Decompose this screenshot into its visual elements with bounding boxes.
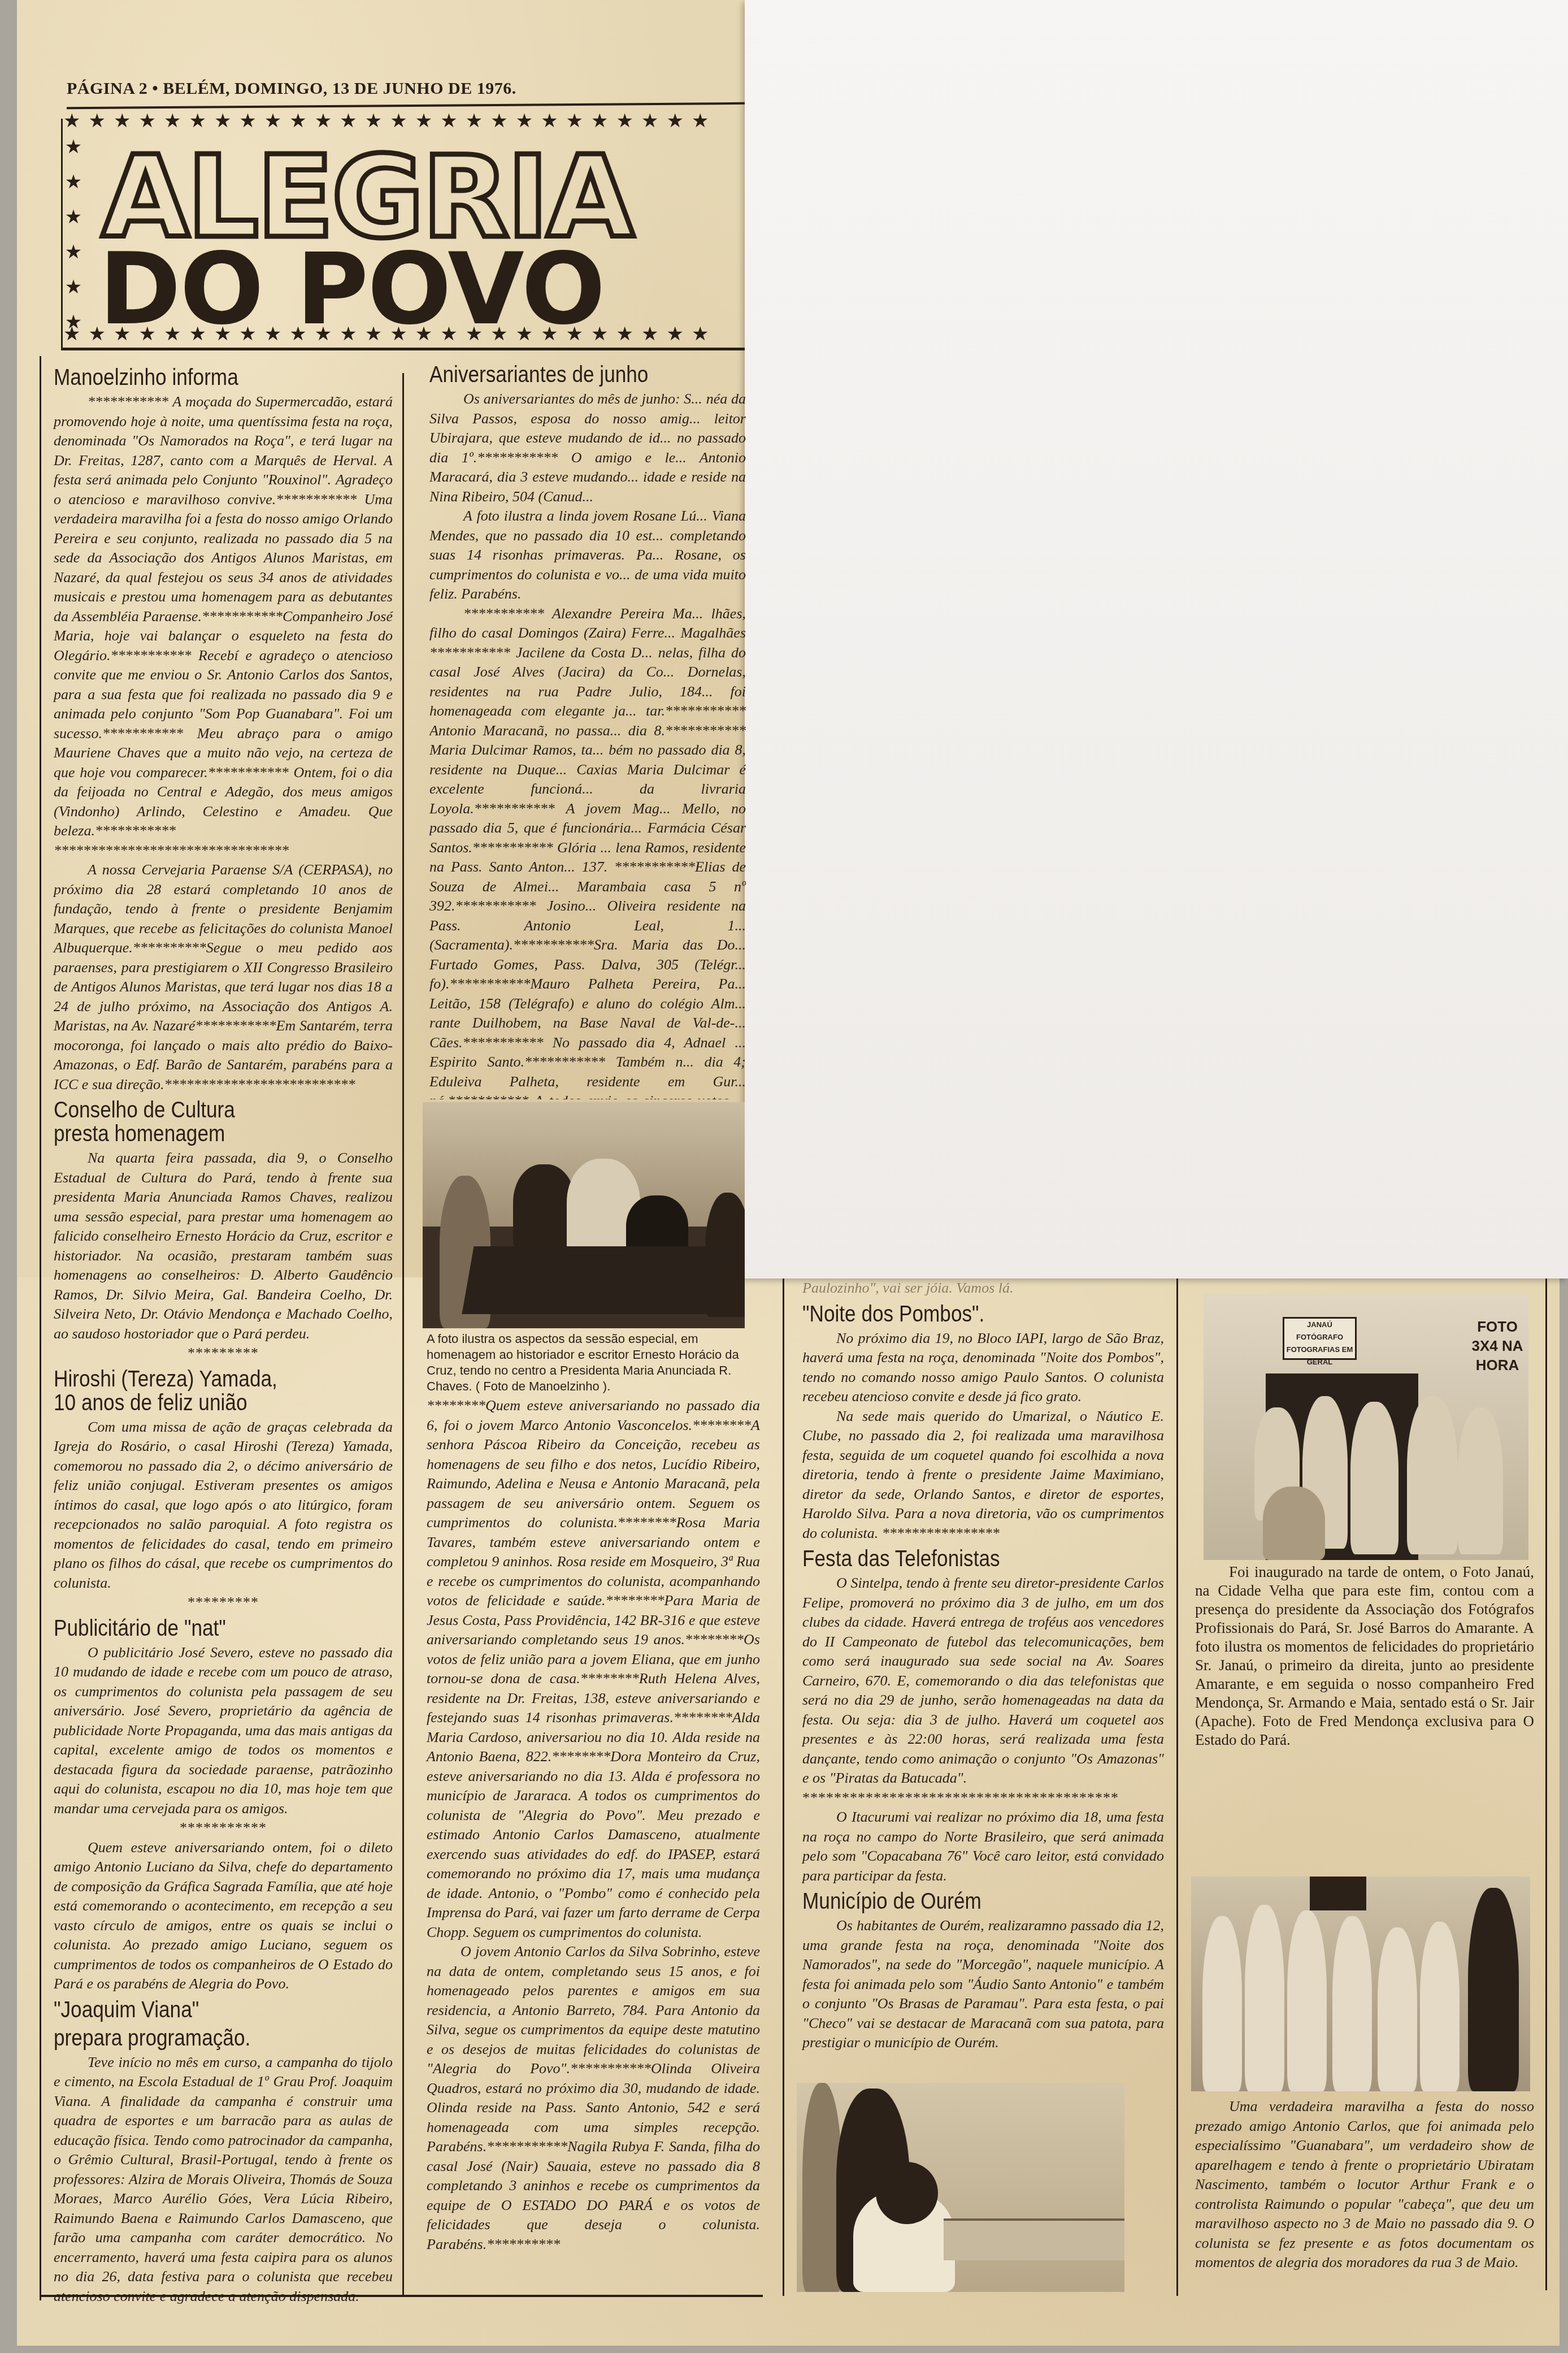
article-paragraph: Na quarta feira passada, dia 9, o Consel… bbox=[54, 1149, 393, 1344]
star-border-left: ★★★★★★★ bbox=[63, 136, 82, 350]
masthead-frame-left bbox=[61, 119, 63, 350]
section-heading-aniversariantes: Aniversariantes de junho bbox=[429, 362, 708, 387]
column-2-upper: Aniversariantes de junho Os aniversarian… bbox=[429, 359, 746, 1099]
column-divider-2 bbox=[783, 1279, 784, 2296]
section-heading-publicitario: Publicitário de "nat" bbox=[54, 1616, 352, 1641]
article-paragraph: O jovem Antonio Carlos da Silva Sobrinho… bbox=[427, 1942, 760, 2254]
section-heading-ourem: Município de Ourém bbox=[802, 1889, 1120, 1914]
column-4-caption: Foi inaugurado na tarde de ontem, o Foto… bbox=[1195, 1563, 1534, 1749]
column-divider-3 bbox=[1176, 1279, 1178, 2296]
separator-stars: **************************************** bbox=[802, 1788, 1164, 1808]
article-paragraph: Os aniversariantes do mês de junho: S...… bbox=[429, 389, 746, 506]
section-heading-conselho-2: presta homenagem bbox=[54, 1121, 352, 1146]
article-paragraph: ********Quem esteve aniversariando no pa… bbox=[427, 1396, 760, 1942]
section-heading-manoelzinho: Manoelzinho informa bbox=[54, 365, 352, 390]
article-paragraph: O Itacurumi vai realizar no próximo dia … bbox=[802, 1808, 1164, 1886]
frame-right-rule bbox=[1545, 1279, 1547, 2290]
section-heading-pombos: "Noite dos Pombos". bbox=[802, 1302, 1120, 1327]
photo-caption-council: A foto ilustra os aspectos da sessão esp… bbox=[427, 1331, 743, 1394]
star-border-top: ★★★★★★★★★★★★★★★★★★★★★★★★★★ bbox=[63, 112, 745, 131]
section-heading-yamada-2: 10 anos de feliz união bbox=[54, 1390, 352, 1415]
photo-ourem-party bbox=[797, 2083, 1124, 2292]
article-paragraph: Quem esteve aniversariando ontem, foi o … bbox=[54, 1838, 393, 1994]
page-header-dateline: PÁGINA 2 • BELÉM, DOMINGO, 13 DE JUNHO D… bbox=[67, 79, 516, 98]
separator-stars: *********** bbox=[54, 1818, 393, 1838]
blank-overlay-sheet bbox=[745, 0, 1568, 1279]
article-paragraph: A foto ilustra a linda jovem Rosane Lú..… bbox=[429, 506, 746, 604]
sign-janau-fotografo: JANAÚ FOTÓGRAFO FOTOGRAFIAS EM GERAL bbox=[1283, 1317, 1357, 1360]
article-paragraph: Com uma missa de ação de graças celebrad… bbox=[54, 1418, 393, 1593]
article-paragraph: A nossa Cervejaria Paraense S/A (CERPASA… bbox=[54, 860, 393, 1094]
article-paragraph: O publicitário José Severo, esteve no pa… bbox=[54, 1643, 393, 1819]
separator-stars: ********* bbox=[54, 1344, 393, 1363]
column-1: Manoelzinho informa *********** A moçada… bbox=[54, 362, 393, 2306]
column-3: Paulozinho", vai ser jóia. Vamos lá. "No… bbox=[802, 1279, 1164, 2053]
frame-left-rule bbox=[40, 356, 41, 2300]
article-paragraph: Teve início no mês em curso, a campanha … bbox=[54, 2053, 393, 2307]
section-heading-telefonistas: Festa das Telefonistas bbox=[802, 1546, 1120, 1571]
column-divider-1 bbox=[402, 373, 404, 2295]
section-heading-joaquim-2: prepara programação. bbox=[54, 2026, 352, 2051]
article-paragraph: No próximo dia 19, no Bloco IAPI, largo … bbox=[802, 1329, 1164, 1407]
article-paragraph: *********** A moçada do Supermercadão, e… bbox=[54, 392, 393, 860]
photo-children-3-de-maio bbox=[1191, 1877, 1530, 2091]
photo-counter bbox=[944, 2218, 1124, 2260]
section-heading-conselho-1: Conselho de Cultura bbox=[54, 1098, 352, 1123]
article-paragraph: O Sintelpa, tendo à frente seu diretor-p… bbox=[802, 1574, 1164, 1788]
article-paragraph: Uma verdadeira maravilha a festa do noss… bbox=[1195, 2097, 1534, 2273]
photo-foto-janau: JANAÚ FOTÓGRAFO FOTOGRAFIAS EM GERAL FOT… bbox=[1204, 1294, 1528, 1560]
article-paragraph: Na sede mais querido do Umarizal, o Náut… bbox=[802, 1407, 1164, 1544]
masthead-title-do-povo: DO POVO bbox=[99, 240, 604, 339]
article-paragraph: Os habitantes de Ourém, realizaramno pas… bbox=[802, 1916, 1164, 2053]
sign-foto-3x4: FOTO 3X4 NA HORA bbox=[1469, 1317, 1526, 1385]
photo-table bbox=[462, 1246, 733, 1314]
column-2-lower: ********Quem esteve aniversariando no pa… bbox=[427, 1396, 760, 2254]
article-paragraph: *********** Alexandre Pereira Ma... lhãe… bbox=[429, 604, 746, 1100]
fragment-text: Paulozinho", vai ser jóia. Vamos lá. bbox=[802, 1279, 1164, 1298]
separator-stars: ********* bbox=[54, 1593, 393, 1613]
masthead-frame-bottom bbox=[61, 348, 745, 350]
section-heading-joaquim-1: "Joaquim Viana" bbox=[54, 1997, 352, 2022]
column-4-lower: Uma verdadeira maravilha a festa do noss… bbox=[1195, 2097, 1534, 2273]
article-paragraph: Foi inaugurado na tarde de ontem, o Foto… bbox=[1195, 1563, 1534, 1749]
section-heading-yamada-1: Hiroshi (Tereza) Yamada, bbox=[54, 1367, 352, 1392]
photo-council-session bbox=[423, 1102, 745, 1328]
